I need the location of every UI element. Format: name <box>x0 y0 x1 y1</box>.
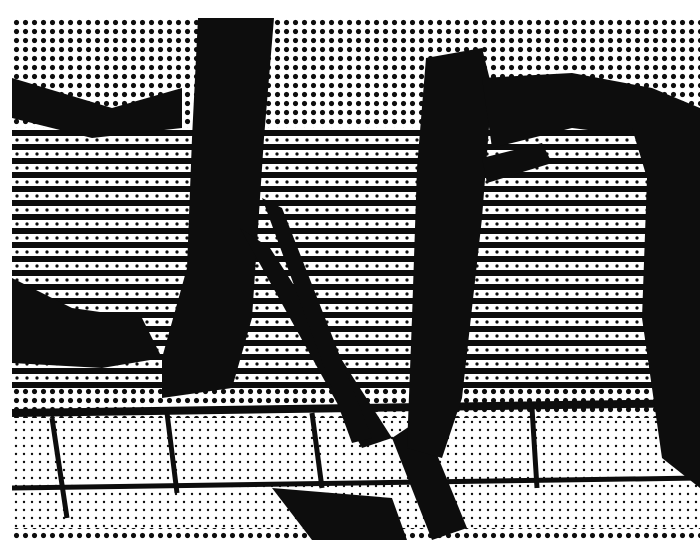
halftone-scan <box>12 18 700 540</box>
